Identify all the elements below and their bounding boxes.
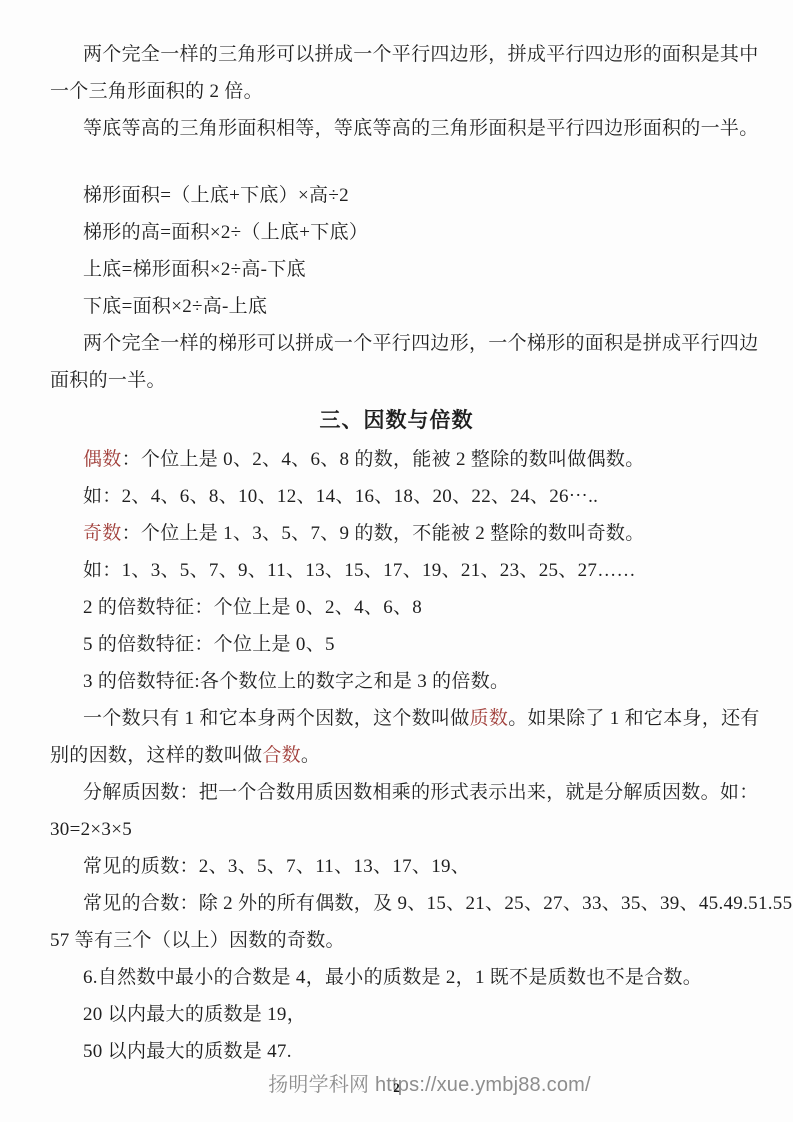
highlight-term: 合数: [262, 745, 301, 766]
section-heading: 三、因数与倍数: [50, 399, 743, 441]
text-line: 5 的倍数特征：个位上是 0、5: [50, 626, 743, 663]
text-run: 常见的合数：除 2 外的所有偶数，及 9、15、21、25、27、33、35、3…: [83, 893, 793, 914]
text-run: 57 等有三个（以上）因数的奇数。: [50, 930, 345, 951]
text-run: 。: [301, 745, 320, 766]
text-run: 。如果除了 1 和它本身，还有: [508, 708, 760, 729]
text-line: 上底=梯形面积×2÷高-下底: [50, 251, 743, 288]
text-line: 别的因数，这样的数叫做合数。: [50, 737, 743, 774]
text-run: 如：1、3、5、7、9、11、13、15、17、19、21、23、25、27……: [83, 560, 636, 581]
text-run: 30=2×3×5: [50, 819, 132, 840]
text-run: 梯形面积=（上底+下底）×高÷2: [83, 185, 349, 206]
text-line: 等底等高的三角形面积相等，等底等高的三角形面积是平行四边形面积的一半。: [50, 110, 743, 147]
highlight-term: 奇数: [83, 523, 122, 544]
paragraph-gap: [50, 147, 743, 177]
text-run: 一个三角形面积的 2 倍。: [50, 81, 263, 102]
text-line: 偶数：个位上是 0、2、4、6、8 的数，能被 2 整除的数叫做偶数。: [50, 441, 743, 478]
highlight-term: 偶数: [83, 449, 122, 470]
text-line: 30=2×3×5: [50, 811, 743, 848]
text-run: 2 的倍数特征：个位上是 0、2、4、6、8: [83, 597, 422, 618]
text-line: 3 的倍数特征:各个数位上的数字之和是 3 的倍数。: [50, 663, 743, 700]
text-run: 50 以内最大的质数是 47.: [83, 1041, 292, 1062]
text-run: 别的因数，这样的数叫做: [50, 745, 262, 766]
page-number: 2: [393, 1080, 400, 1096]
text-line: 一个三角形面积的 2 倍。: [50, 73, 743, 110]
text-run: 20 以内最大的质数是 19，: [83, 1004, 306, 1025]
text-line: 20 以内最大的质数是 19，: [50, 996, 743, 1033]
text-line: 两个完全一样的三角形可以拼成一个平行四边形，拼成平行四边形的面积是其中: [50, 36, 743, 73]
text-line: 面积的一半。: [50, 362, 743, 399]
watermark-site-link[interactable]: 扬明学科网 https://xue.ymbj88.com/: [268, 1068, 591, 1097]
text-run: 下底=面积×2÷高-上底: [83, 296, 267, 317]
text-line: 分解质因数：把一个合数用质因数相乘的形式表示出来，就是分解质因数。如：: [50, 774, 743, 811]
text-run: 等底等高的三角形面积相等，等底等高的三角形面积是平行四边形面积的一半。: [83, 118, 759, 139]
text-line: 常见的合数：除 2 外的所有偶数，及 9、15、21、25、27、33、35、3…: [50, 885, 743, 922]
text-run: 两个完全一样的梯形可以拼成一个平行四边形，一个梯形的面积是拼成平行四边: [83, 333, 759, 354]
text-run: 一个数只有 1 和它本身两个因数，这个数叫做: [83, 708, 470, 729]
text-run: 两个完全一样的三角形可以拼成一个平行四边形，拼成平行四边形的面积是其中: [83, 44, 759, 65]
text-line: 如：1、3、5、7、9、11、13、15、17、19、21、23、25、27……: [50, 552, 743, 589]
text-line: 奇数：个位上是 1、3、5、7、9 的数，不能被 2 整除的数叫奇数。: [50, 515, 743, 552]
text-line: 2 的倍数特征：个位上是 0、2、4、6、8: [50, 589, 743, 626]
text-run: 面积的一半。: [50, 370, 166, 391]
text-line: 梯形的高=面积×2÷（上底+下底）: [50, 214, 743, 251]
text-run: 如：2、4、6、8、10、12、14、16、18、20、22、24、26⋯..: [83, 486, 598, 507]
text-run: 上底=梯形面积×2÷高-下底: [83, 259, 306, 280]
text-run: 梯形的高=面积×2÷（上底+下底）: [83, 222, 368, 243]
text-run: 6.自然数中最小的合数是 4，最小的质数是 2，1 既不是质数也不是合数。: [83, 967, 702, 988]
text-run: ：个位上是 1、3、5、7、9 的数，不能被 2 整除的数叫奇数。: [122, 523, 645, 544]
text-run: ：个位上是 0、2、4、6、8 的数，能被 2 整除的数叫做偶数。: [122, 449, 645, 470]
text-line: 57 等有三个（以上）因数的奇数。: [50, 922, 743, 959]
text-run: 5 的倍数特征：个位上是 0、5: [83, 634, 335, 655]
highlight-term: 质数: [470, 708, 509, 729]
document-page: 两个完全一样的三角形可以拼成一个平行四边形，拼成平行四边形的面积是其中一个三角形…: [0, 0, 793, 1122]
text-run: 三、因数与倍数: [320, 408, 474, 432]
text-line: 6.自然数中最小的合数是 4，最小的质数是 2，1 既不是质数也不是合数。: [50, 959, 743, 996]
text-line: 如：2、4、6、8、10、12、14、16、18、20、22、24、26⋯..: [50, 478, 743, 515]
text-line: 50 以内最大的质数是 47.: [50, 1033, 743, 1070]
text-line: 一个数只有 1 和它本身两个因数，这个数叫做质数。如果除了 1 和它本身，还有: [50, 700, 743, 737]
text-run: 分解质因数：把一个合数用质因数相乘的形式表示出来，就是分解质因数。如：: [83, 782, 759, 803]
text-line: 下底=面积×2÷高-上底: [50, 288, 743, 325]
text-line: 两个完全一样的梯形可以拼成一个平行四边形，一个梯形的面积是拼成平行四边: [50, 325, 743, 362]
text-line: 梯形面积=（上底+下底）×高÷2: [50, 177, 743, 214]
text-run: 常见的质数：2、3、5、7、11、13、17、19、: [83, 856, 470, 877]
text-run: 3 的倍数特征:各个数位上的数字之和是 3 的倍数。: [83, 671, 509, 692]
document-body: 两个完全一样的三角形可以拼成一个平行四边形，拼成平行四边形的面积是其中一个三角形…: [50, 36, 743, 1070]
text-line: 常见的质数：2、3、5、7、11、13、17、19、: [50, 848, 743, 885]
